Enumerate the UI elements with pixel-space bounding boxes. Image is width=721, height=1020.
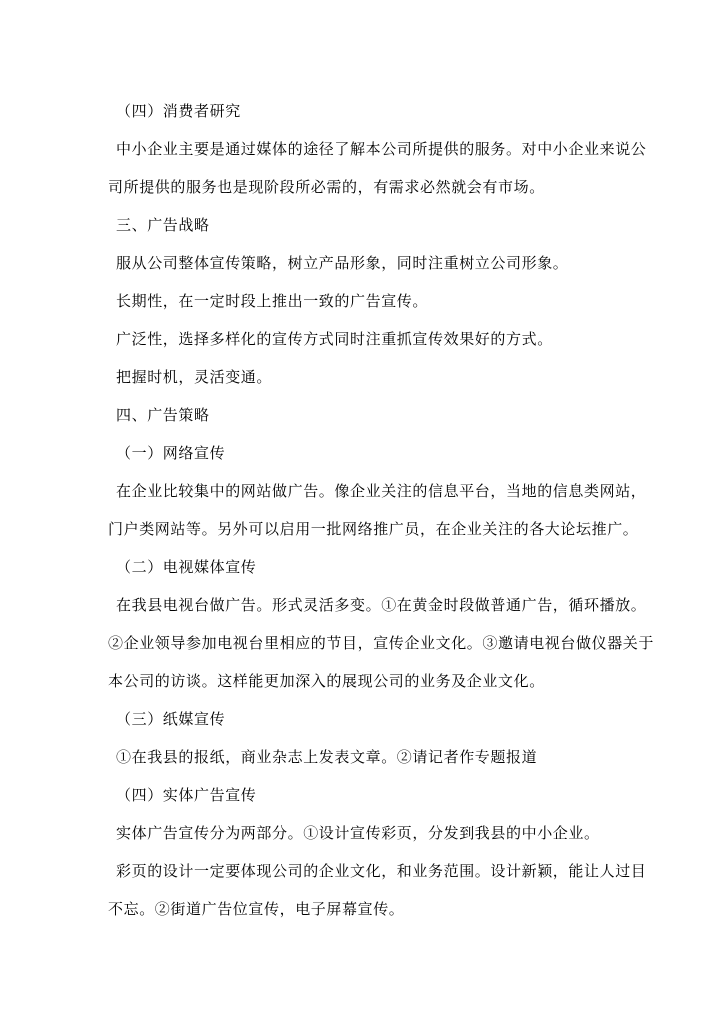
paragraph-line: 在企业比较集中的网站做广告。像企业关注的信息平台，当地的信息类网站，: [108, 472, 614, 510]
paragraph-line: ①在我县的报纸，商业杂志上发表文章。②请记者作专题报道: [108, 738, 614, 776]
paragraph-line: 把握时机，灵活变通。: [108, 358, 614, 396]
paragraph-line: 服从公司整体宣传策略，树立产品形象，同时注重树立公司形象。: [108, 244, 614, 282]
paragraph-line: 本公司的访谈。这样能更加深入的展现公司的业务及企业文化。: [108, 662, 614, 700]
paragraph-line: 在我县电视台做广告。形式灵活多变。①在黄金时段做普通广告，循环播放。: [108, 586, 614, 624]
paragraph-line: ②企业领导参加电视台里相应的节目，宣传企业文化。③邀请电视台做仪器关于: [108, 624, 614, 662]
paragraph-line: 司所提供的服务也是现阶段所必需的，有需求必然就会有市场。: [108, 168, 614, 206]
subheading-consumer-research: （四）消费者研究: [108, 92, 614, 130]
subheading-online-promotion: （一）网络宣传: [108, 434, 614, 472]
document-page: （四）消费者研究 中小企业主要是通过媒体的途径了解本公司所提供的服务。对中小企业…: [108, 92, 614, 928]
paragraph-line: 长期性，在一定时段上推出一致的广告宣传。: [108, 282, 614, 320]
paragraph-line: 门户类网站等。另外可以启用一批网络推广员，在企业关注的各大论坛推广。: [108, 510, 614, 548]
subheading-physical-ad-promotion: （四）实体广告宣传: [108, 776, 614, 814]
paragraph-line: 实体广告宣传分为两部分。①设计宣传彩页，分发到我县的中小企业。: [108, 814, 614, 852]
subheading-tv-promotion: （二）电视媒体宣传: [108, 548, 614, 586]
heading-ad-strategy: 三、广告战略: [108, 206, 614, 244]
heading-ad-tactics: 四、广告策略: [108, 396, 614, 434]
paragraph-line: 广泛性，选择多样化的宣传方式同时注重抓宣传效果好的方式。: [108, 320, 614, 358]
paragraph-line: 彩页的设计一定要体现公司的企业文化，和业务范围。设计新颖，能让人过目: [108, 852, 614, 890]
subheading-print-promotion: （三）纸媒宣传: [108, 700, 614, 738]
paragraph-line: 中小企业主要是通过媒体的途径了解本公司所提供的服务。对中小企业来说公: [108, 130, 614, 168]
paragraph-line: 不忘。②街道广告位宣传，电子屏幕宣传。: [108, 890, 614, 928]
